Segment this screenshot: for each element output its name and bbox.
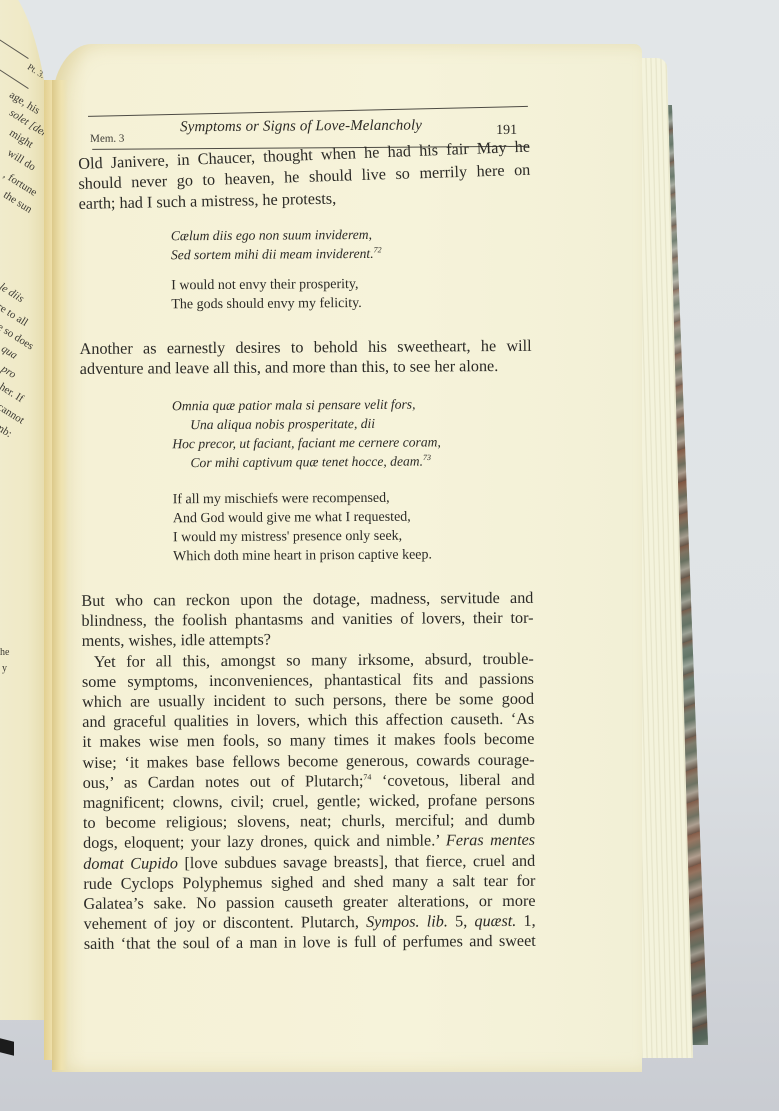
paragraph: Yet for all this, amongst so many irksom… <box>82 648 536 954</box>
footnote-ref: 74 <box>363 772 371 781</box>
verse-line: Which doth mine heart in prison captive … <box>173 545 533 567</box>
latin-verse: Cælum diis ego non suum inviderem, Sed s… <box>171 223 531 264</box>
left-fragment: pro <box>0 362 19 382</box>
verse-line: And God would give me what I requested, <box>173 507 533 529</box>
verse-line: I would my mistress' presence only seek, <box>173 526 533 548</box>
verse-line: Cælum diis ego non suum inviderem, <box>171 223 531 245</box>
latin-phrase: domat Cupido <box>83 854 178 873</box>
verse-line: Cor mihi captivum quæ tenet hocce, deam.… <box>172 451 532 473</box>
citation: Sympos. lib. <box>366 913 448 932</box>
latin-verse: Omnia quæ patior mala si pensare velit f… <box>172 394 533 473</box>
footnote-ref: 72 <box>374 245 382 254</box>
verse-line: Sed sortem mihi dii meam inviderent.72 <box>171 242 531 264</box>
latin-phrase: Feras mentes <box>446 831 535 850</box>
verse-line: I would not envy their prosperity, <box>171 273 531 295</box>
text-line: saith ‘that the soul of a man in love is… <box>84 931 536 954</box>
verse-line: If all my mischiefs were recompensed, <box>173 488 533 510</box>
left-running-head-rule <box>0 20 29 59</box>
verse-line: Hoc precor, ut faciant, faciant me cerne… <box>172 432 532 454</box>
text-line: dogs, eloquent; your lazy drones, quick … <box>83 830 535 853</box>
page-content: Mem. 3 Symptoms or Signs of Love-Melanch… <box>70 113 566 955</box>
section-label: Mem. 3 <box>90 133 124 145</box>
citation: quæst. <box>474 912 516 930</box>
running-head-title: Symptoms or Signs of Love-Melancholy <box>180 118 422 137</box>
english-verse: If all my mischiefs were recompensed, An… <box>173 488 534 567</box>
page-gutter-shadow <box>52 80 68 1070</box>
paragraph: Another as earnestly desires to behold h… <box>80 335 532 379</box>
text-line: blindness, the foolish phantasms and van… <box>81 608 533 631</box>
english-verse: I would not envy their prosperity, The g… <box>171 273 531 314</box>
verse-line: Una aliqua nobis prosperitate, dii <box>172 413 532 435</box>
left-fragment: y <box>2 662 7 676</box>
body-text: Old Janivere, in Chaucer, thought when h… <box>70 151 536 955</box>
text-line: it makes wise men fools, so many times i… <box>82 729 534 752</box>
paragraph: Old Janivere, in Chaucer, thought when h… <box>78 151 530 215</box>
verse-line: Omnia quæ patior mala si pensare velit f… <box>172 394 532 416</box>
cover-corner <box>0 1038 14 1055</box>
text-line: adventure and leave all this, and more t… <box>80 356 532 379</box>
paragraph: But who can reckon upon the dotage, madn… <box>81 588 533 652</box>
left-fragment: he <box>0 646 9 660</box>
verse-line: The gods should envy my felicity. <box>171 292 531 314</box>
footnote-ref: 73 <box>423 453 431 462</box>
